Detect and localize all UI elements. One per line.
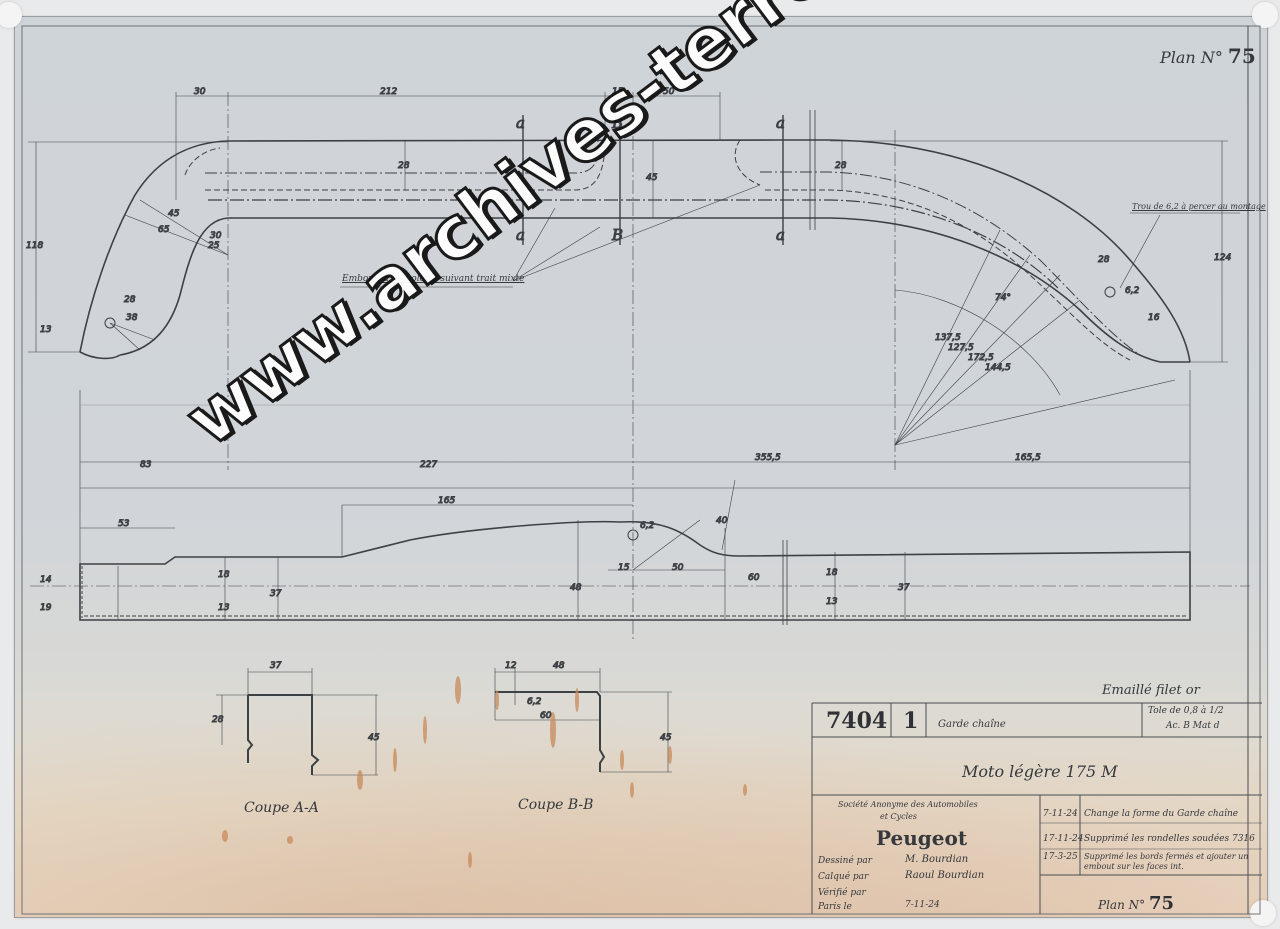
- plan-number-bottom: Plan N° 75: [1098, 893, 1174, 914]
- checked-by-label: Vérifié par: [818, 888, 866, 898]
- drawn-by-label: Dessiné par: [818, 856, 872, 866]
- svg-text:14: 14: [40, 575, 52, 585]
- svg-text:65: 65: [158, 225, 170, 235]
- svg-text:60: 60: [748, 573, 760, 583]
- part-number: 7404: [826, 708, 887, 734]
- revision-date: 17-3-25: [1043, 852, 1078, 862]
- svg-text:a: a: [776, 226, 785, 244]
- copied-by-label: Calqué par: [818, 872, 868, 882]
- company-line1: Société Anonyme des Automobiles: [838, 800, 978, 809]
- svg-text:28: 28: [398, 161, 410, 171]
- svg-text:6,2: 6,2: [1125, 286, 1140, 296]
- svg-text:28: 28: [1098, 255, 1110, 265]
- svg-text:144,5: 144,5: [985, 363, 1011, 373]
- svg-text:25: 25: [208, 241, 220, 251]
- revision-text: Supprimé les rondelles soudées 7316: [1084, 834, 1255, 844]
- svg-text:165: 165: [438, 496, 455, 506]
- svg-text:37: 37: [270, 589, 282, 599]
- finish-note: Emaillé filet or: [1102, 683, 1200, 698]
- revision-date: 7-11-24: [1043, 809, 1078, 819]
- svg-text:37: 37: [270, 661, 282, 671]
- material-line1: Tole de 0,8 à 1/2: [1148, 706, 1224, 716]
- svg-text:45: 45: [646, 173, 658, 183]
- revision-text: Supprimé les bords fermés et ajouter un …: [1084, 852, 1259, 872]
- svg-text:124: 124: [1214, 253, 1231, 263]
- svg-text:118: 118: [26, 241, 43, 251]
- plan-label: Plan N°: [1098, 898, 1145, 912]
- svg-text:28: 28: [212, 715, 224, 725]
- svg-text:37: 37: [898, 583, 910, 593]
- model-name: Moto légère 175 M: [962, 762, 1118, 781]
- svg-text:15: 15: [618, 563, 630, 573]
- svg-text:137,5: 137,5: [935, 333, 961, 343]
- svg-text:53: 53: [118, 519, 130, 529]
- svg-text:38: 38: [126, 313, 138, 323]
- note-trou: Trou de 6,2 à percer au montage: [1132, 202, 1266, 211]
- svg-text:6,2: 6,2: [527, 697, 542, 707]
- svg-text:13: 13: [218, 603, 230, 613]
- section-b-label: Coupe B-B: [518, 797, 593, 813]
- svg-text:13: 13: [40, 325, 52, 335]
- svg-text:74°: 74°: [995, 293, 1011, 303]
- copied-by: Raoul Bourdian: [905, 870, 984, 881]
- section-b-b: [495, 668, 672, 772]
- section-a-label: Coupe A-A: [244, 800, 319, 816]
- svg-text:127,5: 127,5: [948, 343, 974, 353]
- plan-number-top: Plan N° 75: [1160, 44, 1256, 68]
- svg-text:45: 45: [368, 733, 380, 743]
- svg-text:30: 30: [210, 231, 222, 241]
- svg-text:355,5: 355,5: [755, 453, 781, 463]
- svg-text:60: 60: [540, 711, 552, 721]
- plan-label: Plan N°: [1160, 48, 1223, 67]
- drawn-by: M. Bourdian: [905, 854, 968, 865]
- revision-text: Change la forme du Garde chaîne: [1084, 809, 1238, 819]
- svg-text:B: B: [611, 226, 623, 244]
- svg-text:45: 45: [660, 733, 672, 743]
- svg-text:45: 45: [168, 209, 180, 219]
- date: 7-11-24: [905, 900, 940, 910]
- svg-text:48: 48: [553, 661, 565, 671]
- quantity: 1: [903, 708, 918, 734]
- material-line2: Ac. B Mat d: [1166, 721, 1220, 731]
- revision-date: 17-11-24: [1043, 834, 1083, 844]
- svg-text:83: 83: [140, 460, 152, 470]
- part-name: Garde chaîne: [938, 719, 1006, 730]
- svg-text:212: 212: [380, 87, 397, 97]
- svg-text:40: 40: [716, 516, 728, 526]
- plan-number: 75: [1149, 893, 1174, 914]
- svg-text:18: 18: [826, 568, 838, 578]
- svg-text:227: 227: [420, 460, 437, 470]
- section-a-a: [216, 668, 378, 775]
- svg-text:16: 16: [1148, 313, 1160, 323]
- svg-text:12: 12: [505, 661, 517, 671]
- side-elevation: [30, 480, 1250, 625]
- svg-text:19: 19: [40, 603, 52, 613]
- svg-text:a: a: [776, 114, 785, 132]
- date-label: Paris le: [818, 902, 852, 912]
- svg-text:48: 48: [570, 583, 582, 593]
- svg-text:165,5: 165,5: [1015, 453, 1041, 463]
- svg-text:28: 28: [124, 295, 136, 305]
- company-line2: et Cycles: [880, 812, 917, 821]
- svg-text:172,5: 172,5: [968, 353, 994, 363]
- svg-text:28: 28: [835, 161, 847, 171]
- company-brand: Peugeot: [876, 826, 967, 850]
- svg-text:30: 30: [194, 87, 206, 97]
- svg-text:18: 18: [218, 570, 230, 580]
- svg-text:6,2: 6,2: [640, 521, 655, 531]
- svg-text:13: 13: [826, 597, 838, 607]
- plan-number: 75: [1228, 44, 1256, 68]
- svg-text:50: 50: [672, 563, 684, 573]
